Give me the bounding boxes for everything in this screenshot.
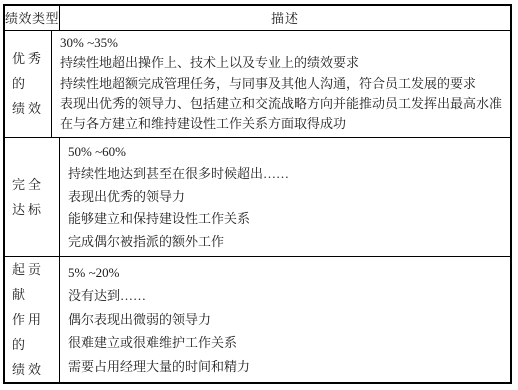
label-line: 绩效 [12,96,51,121]
table-row-excellent-performance: 优秀的 绩效 30% ~35% 持续性地超出操作上、技术上以及专业上的绩效要求 … [5,30,510,137]
label-line: 达标 [12,197,59,222]
row-label-fully-meets: 完全 达标 [5,138,60,256]
table-row-fully-meets-standard: 完全 达标 50% ~60% 持续性地达到甚至在很多时候超出…… 表现出优秀的领… [5,137,510,256]
table-header-row: 绩效类型 描述 [5,6,510,30]
column-header-performance-type: 绩效类型 [5,6,60,30]
desc-line-percentage: 50% ~60% [68,144,502,160]
desc-line: 持续性地超出操作上、技术上以及专业上的绩效要求 [60,52,502,71]
label-line: 优秀的 [12,46,51,96]
row-description-contributing: 5% ~20% 没有达到…… 偶尔表现出微弱的领导力 很难建立或很难维护工作关系… [60,257,510,382]
label-line: 起贡献 [12,257,59,307]
desc-line: 在与各方建立和维持建设性工作关系方面取得成功 [60,113,502,132]
desc-line: 持续性地超额完成管理任务，与同事及其他人沟通，符合员工发展的要求 [60,73,502,92]
label-line: 作用的 [12,307,59,357]
desc-line: 完成偶尔被指派的额外工作 [68,231,502,250]
row-label-contributing: 起贡献 作用的 绩效 [5,257,60,382]
desc-line: 很难建立或很难维护工作关系 [68,332,502,351]
row-description-fully-meets: 50% ~60% 持续性地达到甚至在很多时候超出…… 表现出优秀的领导力 能够建… [60,138,510,256]
desc-line: 没有达到…… [68,285,502,304]
desc-line: 偶尔表现出微弱的领导力 [68,309,502,328]
performance-type-table: 绩效类型 描述 优秀的 绩效 30% ~35% 持续性地超出操作上、技术上以及专… [3,4,512,384]
table-row-contributing-performance: 起贡献 作用的 绩效 5% ~20% 没有达到…… 偶尔表现出微弱的领导力 很难… [5,256,510,382]
desc-line: 需要占用经理大量的时间和精力 [68,356,502,375]
row-label-excellent: 优秀的 绩效 [5,31,52,137]
desc-line: 表现出优秀的领导力、包括建立和交流战略方向并能推动员工发挥出最高水准 [60,93,502,112]
label-line: 完全 [12,172,59,197]
row-description-excellent: 30% ~35% 持续性地超出操作上、技术上以及专业上的绩效要求 持续性地超额完… [52,31,510,137]
desc-line: 表现出优秀的领导力 [68,186,502,205]
desc-line: 能够建立和保持建设性工作关系 [68,208,502,227]
desc-line: 持续性地达到甚至在很多时候超出…… [68,163,502,182]
column-header-description: 描述 [60,6,510,30]
desc-line-percentage: 30% ~35% [60,35,502,51]
label-line: 绩效 [12,357,59,382]
desc-line-percentage: 5% ~20% [68,265,502,281]
document-page: 绩效类型 描述 优秀的 绩效 30% ~35% 持续性地超出操作上、技术上以及专… [0,0,518,390]
